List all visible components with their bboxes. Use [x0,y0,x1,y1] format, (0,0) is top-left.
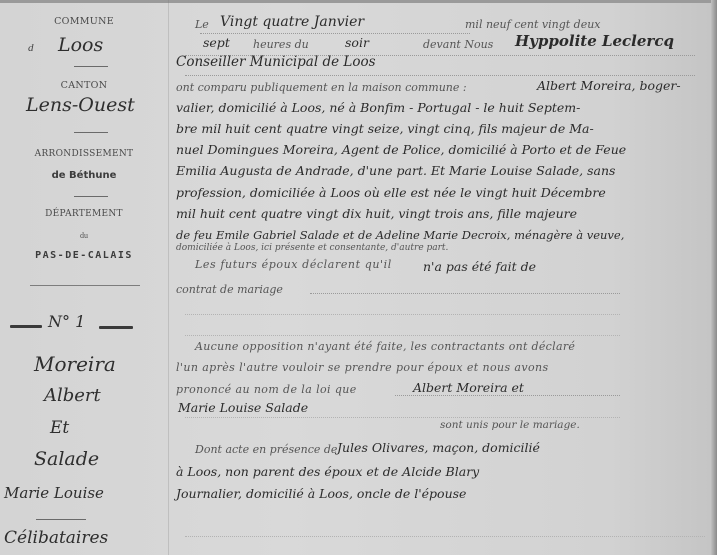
print-text: prononcé au nom de la loi que [176,383,357,396]
handwritten-contract-statement: n'a pas été fait de [423,259,536,274]
body-line-8: Emilia Augusta de Andrade, d'une part. E… [185,163,710,183]
column-separator [168,0,169,555]
conjunction: Et [50,418,69,438]
handwritten-witness-1: Jules Olivares, maçon, domicilié [337,440,540,455]
body-line-16: prononcé au nom de la loi que Albert Mor… [185,382,710,402]
handwritten-text: de feu Emile Gabriel Salade et de Adelin… [176,228,624,242]
print-text: ont comparu publiquement en la maison co… [176,81,467,94]
print-text: devant Nous [423,38,493,51]
left-margin: COMMUNE d Loos CANTON Lens-Ouest ARRONDI… [0,0,168,555]
body-line-5: valier, domicilié à Loos, né à Bonfim - … [185,100,710,120]
handwritten-time-of-day: soir [345,35,369,50]
commune-value: Loos [58,34,103,56]
dotted-rule [395,395,620,396]
body-line-2: sept heures du soir devant Nous Hyppolit… [185,35,710,55]
handwritten-text: mil huit cent quatre vingt dix huit, vin… [176,206,577,221]
page-right-edge [711,0,717,555]
handwritten-spouse-names: Albert Moreira et [413,380,524,395]
handwritten-text: domiciliée à Loos, ici présente et conse… [176,243,448,253]
print-text: contrat de mariage [176,283,283,296]
dotted-rule [185,335,620,336]
canton-value: Lens-Ouest [26,94,135,116]
section-divider [30,285,140,286]
print-text: Les futurs époux déclarent qu'il [195,258,392,271]
dotted-rule [185,75,695,76]
departement-du: du [0,231,168,240]
body-line-15: l'un après l'autre vouloir se prendre po… [185,361,710,381]
dotted-rule [200,33,470,34]
dotted-rule [185,417,620,418]
body-line-9: profession, domiciliée à Loos où elle es… [185,185,710,205]
bride-firstname: Marie Louise [4,484,104,502]
arrondissement-label: ARRONDISSEMENT [0,149,168,159]
print-text: l'un après l'autre vouloir se prendre po… [176,361,549,374]
handwritten-bride-name: Marie Louise Salade [178,400,308,415]
handwritten-text: Emilia Augusta de Andrade, d'une part. E… [176,163,615,178]
print-text: Aucune opposition n'ayant été faite, les… [195,340,575,353]
print-text: mil neuf cent vingt deux [465,18,601,31]
handwritten-text: à Loos, non parent des époux et de Alcid… [176,464,479,479]
body-line-7: nuel Domingues Moreira, Agent de Police,… [185,142,710,162]
body-line-6: bre mil huit cent quatre vingt seize, vi… [185,121,710,141]
number-bar-left [10,325,42,328]
divider [36,519,86,520]
print-text: heures du [253,38,309,51]
divider [74,66,108,67]
commune-label: COMMUNE [0,16,168,27]
handwritten-officer-title: Conseiller Municipal de Loos [176,54,376,70]
body-line-1: Le Vingt quatre Janvier mil neuf cent vi… [185,14,710,34]
divider [74,132,108,133]
body-line-12: Les futurs époux déclarent qu'il n'a pas… [185,256,710,276]
body-line-14: Aucune opposition n'ayant été faite, les… [185,340,710,360]
handwritten-text: valier, domicilié à Loos, né à Bonfim - … [176,100,580,115]
status: Célibataires [4,528,108,548]
number-bar-right [99,326,133,329]
body-line-20: à Loos, non parent des époux et de Alcid… [185,464,710,484]
handwritten-date: Vingt quatre Janvier [220,14,364,30]
departement-label: DÉPARTEMENT [0,209,168,219]
groom-surname: Moreira [34,352,116,376]
commune-prefix: d [28,42,34,54]
groom-firstname: Albert [44,385,101,406]
document-page: COMMUNE d Loos CANTON Lens-Ouest ARRONDI… [0,0,717,555]
print-text: Le [195,18,209,31]
body-line-19: Dont acte en présence de Jules Olivares,… [185,441,710,461]
acte-number: N° 1 [48,312,85,331]
handwritten-witness-2: Journalier, domicilié à Loos, oncle de l… [176,486,466,501]
body-line-4: ont comparu publiquement en la maison co… [185,79,710,99]
print-text: sont unis pour le mariage. [440,419,580,431]
dotted-rule [185,314,620,315]
handwritten-text: bre mil huit cent quatre vingt seize, vi… [176,121,594,136]
body-line-18: sont unis pour le mariage. [185,419,710,439]
body-line-10: mil huit cent quatre vingt dix huit, vin… [185,206,710,226]
departement-value: PAS-DE-CALAIS [0,250,168,261]
handwritten-hour: sept [203,35,230,50]
canton-label: CANTON [0,80,168,91]
dotted-rule [310,293,620,294]
print-text: Dont acte en présence de [195,443,337,456]
bride-surname: Salade [34,448,99,470]
handwritten-officer-name: Hyppolite Leclercq [515,32,674,50]
handwritten-text: nuel Domingues Moreira, Agent de Police,… [176,142,626,157]
handwritten-groom: Albert Moreira, boger- [537,78,681,93]
handwritten-text: profession, domiciliée à Loos où elle es… [176,185,606,200]
body-line-3: Conseiller Municipal de Loos [185,54,710,74]
body-line-21: Journalier, domicilié à Loos, oncle de l… [185,486,710,506]
divider [74,196,108,197]
ruled-line [185,536,705,537]
arrondissement-value: de Béthune [0,170,168,181]
